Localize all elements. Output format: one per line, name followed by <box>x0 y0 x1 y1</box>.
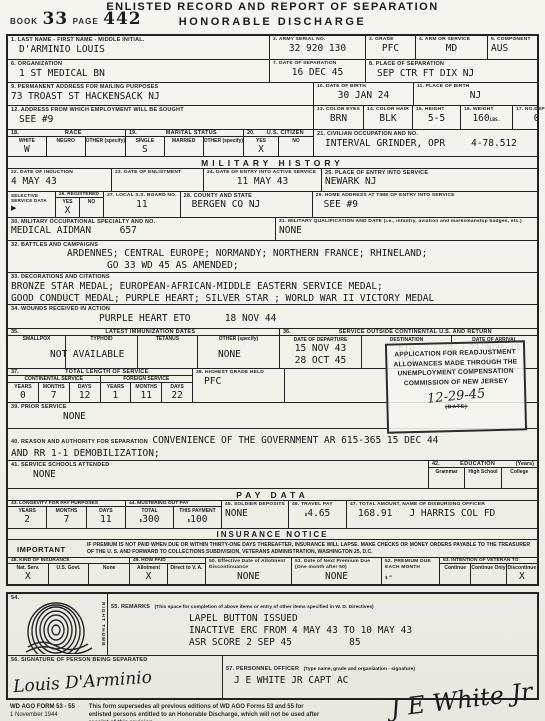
marital-single-value: S <box>126 144 164 156</box>
immunization-grid: SMALLPOX TYPHOID TETANUS OTHER (specify)… <box>8 336 279 368</box>
race-negro-label: NEGRO <box>47 138 85 144</box>
kind-nat-serv: Nat. Serv.X <box>8 564 49 584</box>
paid-direct: Direct to V. A. <box>168 564 205 584</box>
box-37-number: 37. <box>8 369 22 375</box>
intention-options: Continue Continue Only DiscontinueX <box>440 564 537 584</box>
box-52-value-wrap: $- <box>385 571 436 583</box>
row-induction: 22. DATE OF INDUCTION 4 MAY 43 23. DATE … <box>8 169 537 192</box>
row-battles: 32. BATTLES AND CAMPAIGNS ARDENNES; CENT… <box>8 241 537 273</box>
registered-yes-value: X <box>56 205 79 217</box>
box-44-mustering-pay: 44. MUSTERING OUT PAY TOTAL$300 THIS PAY… <box>126 501 222 528</box>
discharge-form-sheet: BOOK 33 PAGE 442 ENLISTED RECORD AND REP… <box>0 0 545 721</box>
box-41-schools: 41. SERVICE SCHOOLS ATTENDED NONE <box>8 461 429 488</box>
box-56-signature: 56. SIGNATURE OF PERSON BEING SEPARATED … <box>8 656 223 698</box>
box-11-value: NJ <box>417 90 534 102</box>
row-remarks: 54. RIGHT THUMB <box>8 594 537 656</box>
box-23-label: 23. DATE OF ENLISTMENT <box>115 170 200 176</box>
box-31-label-wrap: 31. MILITARY QUALIFICATION AND DATE (i.e… <box>279 219 534 225</box>
box-21-number-value: 4-78.512 <box>445 138 517 149</box>
box-42-title: EDUCATION <box>443 461 513 467</box>
registered-yes: YES X <box>56 198 80 217</box>
continental-title: CONTINENTAL SERVICE <box>8 376 100 383</box>
row-selective-service: SELECTIVE SERVICE DATA ▶ 26. REGISTERED … <box>8 192 537 218</box>
box-20-citizen: 20. U.S. CITIZEN YES X NO <box>244 130 314 156</box>
nat-serv-value: X <box>8 571 48 583</box>
separatee-signature: Louis D'Arminio <box>13 662 220 696</box>
longevity-years-value: 2 <box>8 514 46 526</box>
citizen-option-yes: YES X <box>244 137 279 156</box>
box-45-value: NONE <box>225 508 285 520</box>
form-title: ENLISTED RECORD AND REPORT OF SEPARATION <box>0 1 545 13</box>
highschool-label: High School <box>465 469 500 475</box>
box-43-label: 43. LONGEVITY FOR PAY PURPOSES <box>8 501 101 506</box>
selective-service-data-cell: SELECTIVE SERVICE DATA ▶ <box>8 192 56 217</box>
tetanus-label: TETANUS <box>138 336 197 342</box>
box-37-length-service: 37. TOTAL LENGTH OF SERVICE CONTINENTAL … <box>8 369 193 402</box>
box-1-label: 1. LAST NAME - FIRST NAME - MIDDLE INITI… <box>11 37 266 44</box>
citizen-option-no: NO <box>279 137 313 156</box>
box-57-personnel-officer: 57. PERSONNEL OFFICER (Type name, grade … <box>223 656 537 698</box>
typhoid-label: TYPHOID <box>66 336 137 342</box>
box-57-label: 57. PERSONNEL OFFICER <box>226 666 299 672</box>
box-35-number: 35. <box>8 329 22 335</box>
college-label: College <box>502 469 537 475</box>
box-6-organization: 6. ORGANIZATION 1 ST MEDICAL BN <box>8 60 270 82</box>
box-44-label: 44. MUSTERING OUT PAY <box>126 501 192 506</box>
box-17-label: 17. NO.DEPEND. <box>516 107 545 113</box>
foreign-title: FOREIGN SERVICE <box>101 376 193 383</box>
registered-no: NO <box>80 198 103 217</box>
direct-va-label: Direct to V. A. <box>168 565 205 571</box>
intent-continue: Continue <box>440 564 471 584</box>
box-46-value-wrap: $4.65 <box>292 508 343 520</box>
box-7-date-separation: 7. DATE OF SEPARATION 16 DEC 45 <box>270 60 366 82</box>
continental-days-value: 12 <box>70 390 100 402</box>
box-10-value: 30 JAN 24 <box>317 90 410 102</box>
box-53-intention: 53. INTENTION OF VETERAN TO Continue Con… <box>440 558 537 584</box>
longevity-months-value: 7 <box>47 514 85 526</box>
form-number: WD AGO FORM 53 - 55 <box>10 704 75 712</box>
kind-none: None <box>89 564 129 584</box>
box-5-value: AUS <box>491 43 534 55</box>
right-thumb-caption: RIGHT THUMB <box>100 602 105 647</box>
marital-option-married: MARRIED <box>165 137 204 156</box>
race-options: WHITE W NEGRO OTHER (specify) <box>8 137 125 156</box>
box-9-label: 9. PERMANENT ADDRESS FOR MAILING PURPOSE… <box>11 84 310 91</box>
row-insurance-detail: 48. KIND OF INSURANCE Nat. Serv.X U.S. G… <box>8 558 537 584</box>
section-pay-data: PAY DATA <box>8 489 537 501</box>
remarks-line-2: INACTIVE ERC FROM 4 MAY 43 TO 10 MAY 43 <box>111 625 534 637</box>
box-4-value: MD <box>419 43 484 55</box>
box-40-line1-wrap: 40. REASON AND AUTHORITY FOR SEPARATION … <box>11 430 534 448</box>
box-27-label: 27. LOCAL S.S. BOARD NO. <box>107 193 177 199</box>
box-48-label: 48. KIND OF INSURANCE <box>8 558 73 563</box>
box-36-title: SERVICE OUTSIDE CONTINENTAL U.S. AND RET… <box>294 329 537 335</box>
box-28-label: 28. COUNTY AND STATE <box>184 193 309 200</box>
marital-options: SINGLE S MARRIED OTHER (specify) <box>126 137 243 156</box>
box-33-line2: GOOD CONDUCT MEDAL; PURPLE HEART; SILVER… <box>11 293 534 305</box>
row-physical: 12. ADDRESS FROM WHICH EMPLOYMENT WILL B… <box>8 106 537 130</box>
box-21-value-wrap: INTERVAL GRINDER, OPR4-78.512 <box>317 138 534 150</box>
box-40-reason: 40. REASON AND AUTHORITY FOR SEPARATION … <box>8 429 537 460</box>
race-other-label: OTHER (specify) <box>86 138 125 144</box>
box-16-value-wrap: 160LBS. <box>464 113 509 125</box>
box-13-eyes: 13. COLOR EYES BRN <box>314 106 364 129</box>
race-option-negro: NEGRO <box>47 137 86 156</box>
box-2-serial: 2. ARMY SERIAL NO. 32 920 130 <box>270 36 366 59</box>
mustering-payment: THIS PAYMENT$100 <box>174 507 221 528</box>
important-text: IF PREMIUM IS NOT PAID WHEN DUE OR WITHI… <box>83 541 534 557</box>
box-5-component: 5. COMPONENT AUS <box>488 36 537 59</box>
box-28-value: BERGEN CO NJ <box>184 199 309 211</box>
row-specialty: 30. MILITARY OCCUPATIONAL SPECIALTY AND … <box>8 218 537 241</box>
registered-options: YES X NO <box>56 198 103 217</box>
selective-service-title: SELECTIVE SERVICE DATA <box>11 193 52 204</box>
section-military-history: MILITARY HISTORY <box>8 157 537 169</box>
box-16-weight: 16. WEIGHT 160LBS. <box>461 106 513 129</box>
payment-value-wrap: $100 <box>174 514 221 526</box>
intent-continue-only: Continue Only <box>471 564 506 584</box>
us-govt-label: U.S. Govt. <box>49 565 89 571</box>
continental-years-value: 0 <box>8 390 38 402</box>
box-51-next-premium: 51. Date of Next Premium Due (One month … <box>292 558 382 584</box>
box-27-board: 27. LOCAL S.S. BOARD NO. 11 <box>104 192 181 217</box>
box-21-occupation: 21. CIVILIAN OCCUPATION AND NO. INTERVAL… <box>314 130 537 156</box>
box-32-label: 32. BATTLES AND CAMPAIGNS <box>11 242 534 249</box>
form-note: This form supersedes all previous editio… <box>89 704 324 721</box>
box-18-number: 18. <box>8 130 22 136</box>
box-13-label: 13. COLOR EYES <box>317 107 360 113</box>
box-34-wounds: 34. WOUNDS RECEIVED IN ACTION PURPLE HEA… <box>8 305 537 328</box>
departure-2: 28 OCT 45 <box>280 355 361 367</box>
box-6-value: 1 ST MEDICAL BN <box>11 68 266 80</box>
foreign-days-value: 22 <box>162 390 192 402</box>
citizen-yes-value: X <box>244 144 278 156</box>
box-25-value: NEWARK NJ <box>325 176 534 188</box>
citizen-no-label: NO <box>279 138 313 144</box>
remarks-line-1: LAPEL BUTTON ISSUED <box>111 613 534 625</box>
intent-discontinue: DiscontinueX <box>507 564 537 584</box>
row-organization: 6. ORGANIZATION 1 ST MEDICAL BN 7. DATE … <box>8 60 537 83</box>
box-25-label: 25. PLACE OF ENTRY INTO SERVICE <box>325 170 534 177</box>
box-55-label-wrap: 55. REMARKS (This space for completion o… <box>111 595 534 613</box>
race-option-other: OTHER (specify) <box>86 137 125 156</box>
kind-us-govt: U.S. Govt. <box>49 564 90 584</box>
box-25-place-entry: 25. PLACE OF ENTRY INTO SERVICE NEWARK N… <box>322 169 537 191</box>
box-30-specialty: 30. MILITARY OCCUPATIONAL SPECIALTY AND … <box>8 218 276 240</box>
box-48-kind-insurance: 48. KIND OF INSURANCE Nat. Serv.X U.S. G… <box>8 558 130 584</box>
box-42-title-note: (Years) <box>513 461 537 467</box>
continental-cols: YEARS0 MONTHS7 DAYS12 <box>8 383 100 402</box>
box-18-header: 18. RACE <box>8 130 125 137</box>
box-36-header: 36. SERVICE OUTSIDE CONTINENTAL U.S. AND… <box>280 329 537 336</box>
length-service-halves: CONTINENTAL SERVICE YEARS0 MONTHS7 DAYS1… <box>8 376 192 402</box>
box-7-value: 16 DEC 45 <box>273 67 362 79</box>
box-54-thumbprint: 54. RIGHT THUMB <box>8 594 108 655</box>
box-42-header: 42. EDUCATION (Years) <box>429 461 537 468</box>
box-36-number: 36. <box>280 329 294 335</box>
box-3-grade: 3. GRADE PFC <box>366 36 416 59</box>
box-57-label-wrap: 57. PERSONNEL OFFICER (Type name, grade … <box>226 657 534 675</box>
form-number-block: WD AGO FORM 53 - 55 1 November 1944 <box>10 704 75 721</box>
box-8-place-separation: 8. PLACE OF SEPARATION SEP CTR FT DIX NJ <box>366 60 537 82</box>
box-19-number: 19. <box>126 130 140 136</box>
remarks-line-3: ASR SCORE 2 SEP 45 85 <box>111 637 534 649</box>
citizen-options: YES X NO <box>244 137 313 156</box>
box-52-label: 52. PREMIUM DUE EACH MONTH <box>385 559 436 571</box>
continue-label: Continue <box>440 565 470 571</box>
box-10-date-birth: 10. DATE OF BIRTH 30 JAN 24 <box>314 83 414 105</box>
unemployment-stamp: APPLICATION FOR READJUSTMENT ALLOWANCES … <box>385 340 527 433</box>
fingerprint-image <box>22 602 94 654</box>
box-14-label: 14. COLOR HAIR <box>367 107 409 113</box>
box-35-header: 35. LATEST IMMUNIZATION DATES <box>8 329 279 336</box>
total-value-wrap: $300 <box>126 514 173 526</box>
row-signatures: 56. SIGNATURE OF PERSON BEING SEPARATED … <box>8 656 537 698</box>
marital-option-single: SINGLE S <box>126 137 165 156</box>
discontinue-value: X <box>507 571 537 583</box>
how-paid-options: AllotmentX Direct to V. A. <box>130 564 205 584</box>
box-55-note: (This space for completion of above item… <box>155 605 374 610</box>
box-1-value: D'ARMINIO LOUIS <box>11 44 266 56</box>
box-24-value: 11 MAY 43 <box>207 176 318 188</box>
foreign-months-value: 11 <box>131 390 161 402</box>
box-49-how-paid: 49. HOW PAID AllotmentX Direct to V. A. <box>130 558 206 584</box>
box-41-value: NONE <box>11 469 425 481</box>
box-33-line1: BRONZE STAR MEDAL; EUROPEAN-AFRICAN-MIDD… <box>11 281 534 293</box>
box-29-value: SEE #9 <box>316 199 534 211</box>
box-31-label: 31. MILITARY QUALIFICATION AND DATE <box>279 219 382 224</box>
box-4-arm-service: 4. ARM OR SERVICE MD <box>416 36 488 59</box>
box-37-title: TOTAL LENGTH OF SERVICE <box>22 369 192 375</box>
box-29-home-address: 29. HOME ADDRESS AT TIME OF ENTRY INTO S… <box>313 192 537 217</box>
box-38-value: PFC <box>196 376 281 388</box>
box-27-value: 11 <box>107 199 177 211</box>
form-subtitle: HONORABLE DISCHARGE <box>0 16 545 28</box>
col-tetanus: TETANUS <box>138 336 198 368</box>
insurance-kind-options: Nat. Serv.X U.S. Govt. None <box>8 564 129 584</box>
box-55-remarks: 55. REMARKS (This space for completion o… <box>108 594 537 655</box>
education-grammar: Grammar <box>429 468 465 488</box>
box-16-unit: LBS. <box>490 118 501 123</box>
box-41-label: 41. SERVICE SCHOOLS ATTENDED <box>11 462 425 469</box>
box-40-label: 40. REASON AND AUTHORITY FOR SEPARATION <box>11 439 148 445</box>
box-52-value: - <box>388 571 394 582</box>
box-9-mailing-address: 9. PERMANENT ADDRESS FOR MAILING PURPOSE… <box>8 83 314 105</box>
box-14-value: BLK <box>367 113 409 125</box>
box-32-line1: ARDENNES; CENTRAL EUROPE; NORMANDY; NORT… <box>11 248 534 260</box>
immunization-main-value: NOT AVAILABLE <box>50 349 124 361</box>
box-51-label: 51. Date of Next Premium Due (One month … <box>295 559 378 571</box>
box-18-race: 18. RACE WHITE W NEGRO OTHER (specify) <box>8 130 126 156</box>
continental-years: YEARS0 <box>8 383 39 402</box>
box-24-label: 24. DATE OF ENTRY INTO ACTIVE SERVICE <box>207 170 318 176</box>
box-50-value: NONE <box>209 571 288 583</box>
box-24-entry-active: 24. DATE OF ENTRY INTO ACTIVE SERVICE 11… <box>204 169 322 191</box>
box-38-highest-grade: 38. HIGHEST GRADE HELD PFC <box>193 369 285 402</box>
box-51-value: NONE <box>295 571 378 583</box>
continental-days: DAYS12 <box>70 383 100 402</box>
box-50-allotment-discontinuance: 50. Effective Date of Allotment Disconti… <box>206 558 292 584</box>
box-33-decorations: 33. DECORATIONS AND CITATIONS BRONZE STA… <box>8 273 537 304</box>
paid-allotment: AllotmentX <box>130 564 168 584</box>
box-20-title: U.S. CITIZEN <box>258 130 313 136</box>
continental-months: MONTHS7 <box>39 383 70 402</box>
box-2-value: 32 920 130 <box>273 43 362 55</box>
longevity-days: DAYS11 <box>87 507 125 528</box>
row-insurance-important: IMPORTANT IF PREMIUM IS NOT PAID WHEN DU… <box>8 540 537 558</box>
box-12-employment-address: 12. ADDRESS FROM WHICH EMPLOYMENT WILL B… <box>8 106 314 129</box>
box-52-premium-due: 52. PREMIUM DUE EACH MONTH $- <box>382 558 440 584</box>
box-43-longevity: 43. LONGEVITY FOR PAY PURPOSES YEARS2 MO… <box>8 501 126 528</box>
important-label: IMPORTANT <box>11 545 83 554</box>
row-reason-separation: 40. REASON AND AUTHORITY FOR SEPARATION … <box>8 429 537 461</box>
box-35-title: LATEST IMMUNIZATION DATES <box>22 329 279 335</box>
continue-only-label: Continue Only <box>471 565 505 571</box>
education-columns: Grammar High School College <box>429 468 537 488</box>
box-50-label: 50. Effective Date of Allotment Disconti… <box>209 559 288 571</box>
box-31-value: NONE <box>279 225 534 237</box>
box-12-label: 12. ADDRESS FROM WHICH EMPLOYMENT WILL B… <box>11 107 310 114</box>
box-35-immunization: 35. LATEST IMMUNIZATION DATES SMALLPOX T… <box>8 329 280 368</box>
box-1-name: 1. LAST NAME - FIRST NAME - MIDDLE INITI… <box>8 36 270 59</box>
box-26-label: 26. REGISTERED <box>56 192 102 197</box>
box-37-header: 37. TOTAL LENGTH OF SERVICE <box>8 369 192 376</box>
foreign-years-value: 1 <box>101 390 131 402</box>
longevity-columns: YEARS2 MONTHS7 DAYS11 <box>8 507 125 528</box>
row-address: 9. PERMANENT ADDRESS FOR MAILING PURPOSE… <box>8 83 537 106</box>
box-13-value: BRN <box>317 113 360 125</box>
box-42-number: 42. <box>429 461 443 467</box>
col-departure: DATE OF DEPARTURE 15 NOV 43 28 OCT 45 <box>280 336 362 368</box>
form-header: BOOK 33 PAGE 442 ENLISTED RECORD AND REP… <box>0 0 545 34</box>
row-wounds: 34. WOUNDS RECEIVED IN ACTION PURPLE HEA… <box>8 305 537 329</box>
payment-value: 100 <box>190 514 207 525</box>
box-17-value: 0 <box>516 113 545 125</box>
box-40-line1: CONVENIENCE OF THE GOVERNMENT AR 615-365… <box>152 435 438 446</box>
row-race-status: 18. RACE WHITE W NEGRO OTHER (specify) <box>8 130 537 157</box>
foreign-cols: YEARS1 MONTHS11 DAYS22 <box>101 383 193 402</box>
box-8-label: 8. PLACE OF SEPARATION <box>369 61 534 68</box>
row-pay: 43. LONGEVITY FOR PAY PURPOSES YEARS2 MO… <box>8 501 537 529</box>
remarks-signature-box: 54. RIGHT THUMB <box>6 592 539 700</box>
box-31-qualification: 31. MILITARY QUALIFICATION AND DATE (i.e… <box>276 218 537 240</box>
allotment-value: X <box>130 571 167 583</box>
box-53-label: 53. INTENTION OF VETERAN TO <box>440 558 521 563</box>
box-14-hair: 14. COLOR HAIR BLK <box>364 106 413 129</box>
marital-other-label: OTHER (specify) <box>204 138 243 144</box>
box-40-line2: AND RR 1-1 DEMOBILIZATION; <box>11 448 534 460</box>
mustering-columns: TOTAL$300 THIS PAYMENT$100 <box>126 507 221 528</box>
box-19-marital: 19. MARITAL STATUS SINGLE S MARRIED OTHE… <box>126 130 244 156</box>
section-insurance-notice: INSURANCE NOTICE <box>8 529 537 540</box>
none-label: None <box>89 565 129 571</box>
box-31-note: (i.e., infantry, aviation and marksmansh… <box>384 219 522 224</box>
box-32-line2: GO 33 WD 45 AS AMENDED; <box>11 260 534 272</box>
form-date: 1 November 1944 <box>10 712 75 718</box>
continental-months-value: 7 <box>39 390 69 402</box>
foreign-months: MONTHS11 <box>131 383 162 402</box>
marital-married-label: MARRIED <box>165 138 203 144</box>
box-30-value: MEDICAL AIDMAN 657 <box>11 225 272 237</box>
grammar-label: Grammar <box>429 469 464 475</box>
longevity-days-value: 11 <box>87 514 125 526</box>
box-26-registered: 26. REGISTERED YES X NO <box>56 192 104 217</box>
smallpox-label: SMALLPOX <box>8 336 65 342</box>
box-8-value: SEP CTR FT DIX NJ <box>369 68 534 80</box>
box-20-number: 20. <box>244 130 258 136</box>
box-46-value: 4.65 <box>307 508 330 519</box>
registered-no-label: NO <box>80 199 103 205</box>
box-47-value: 168.91 J HARRIS COL FD <box>350 508 534 520</box>
box-47-total-disbursing: 47. TOTAL AMOUNT, NAME OF DISBURSING OFF… <box>347 501 537 528</box>
box-33-label: 33. DECORATIONS AND CITATIONS <box>11 274 534 281</box>
box-42-education: 42. EDUCATION (Years) Grammar High Schoo… <box>429 461 537 488</box>
box-28-county-state: 28. COUNTY AND STATE BERGEN CO NJ <box>181 192 313 217</box>
box-34-label: 34. WOUNDS RECEIVED IN ACTION <box>11 306 534 313</box>
total-value: 300 <box>142 514 159 525</box>
race-option-white: WHITE W <box>8 137 47 156</box>
box-46-travel-pay: 46. TRAVEL PAY $4.65 <box>289 501 347 528</box>
box-18-title: RACE <box>22 130 125 136</box>
box-15-height: 15. HEIGHT 5-5 <box>413 106 461 129</box>
box-15-value: 5-5 <box>416 113 457 125</box>
box-12-value: SEE #9 <box>11 114 310 126</box>
foreign-years: YEARS1 <box>101 383 132 402</box>
box-21-label: 21. CIVILIAN OCCUPATION AND NO. <box>317 131 534 138</box>
box-49-label: 49. HOW PAID <box>130 558 169 563</box>
box-21-value: INTERVAL GRINDER, OPR <box>325 138 445 149</box>
mustering-total: TOTAL$300 <box>126 507 174 528</box>
box-34-value: PURPLE HEART ETO 18 NOV 44 <box>11 313 534 325</box>
continental-service: CONTINENTAL SERVICE YEARS0 MONTHS7 DAYS1… <box>8 376 101 402</box>
main-form-box: 1. LAST NAME - FIRST NAME - MIDDLE INITI… <box>6 34 539 586</box>
row-identity: 1. LAST NAME - FIRST NAME - MIDDLE INITI… <box>8 36 537 60</box>
box-19-header: 19. MARITAL STATUS <box>126 130 243 137</box>
box-54-label: 54. <box>11 595 104 602</box>
box-19-title: MARITAL STATUS <box>140 130 243 136</box>
box-9-value: 73 TROAST ST HACKENSACK NJ <box>11 91 310 103</box>
box-20-header: 20. U.S. CITIZEN <box>244 130 313 137</box>
box-55-label: 55. REMARKS <box>111 604 150 610</box>
box-22-induction: 22. DATE OF INDUCTION 4 MAY 43 <box>8 169 112 191</box>
longevity-months: MONTHS7 <box>47 507 86 528</box>
row-schools-education: 41. SERVICE SCHOOLS ATTENDED NONE 42. ED… <box>8 461 537 489</box>
foreign-days: DAYS22 <box>162 383 192 402</box>
box-17-dependents: 17. NO.DEPEND. 0 <box>513 106 545 129</box>
box-22-value: 4 MAY 43 <box>11 176 108 188</box>
box-23-enlistment: 23. DATE OF ENLISTMENT <box>112 169 204 191</box>
education-college: College <box>502 468 537 488</box>
box-57-note: (Type name, grade and organization - sig… <box>304 667 415 672</box>
departure-1: 15 NOV 43 <box>280 343 361 355</box>
race-white-value: W <box>8 144 46 156</box>
box-56-label: 56. SIGNATURE OF PERSON BEING SEPARATED <box>11 657 219 664</box>
box-3-value: PFC <box>369 43 412 55</box>
immunization-other-value: NONE <box>218 349 241 361</box>
box-11-place-birth: 11. PLACE OF BIRTH NJ <box>414 83 537 105</box>
arrow-icon: ▶ <box>11 204 52 212</box>
insurance-important: IMPORTANT IF PREMIUM IS NOT PAID WHEN DU… <box>8 540 537 557</box>
other-label: OTHER (specify) <box>198 336 279 342</box>
box-16-value: 160 <box>472 113 489 124</box>
box-32-battles: 32. BATTLES AND CAMPAIGNS ARDENNES; CENT… <box>8 241 537 272</box>
education-highschool: High School <box>465 468 501 488</box>
box-6-label: 6. ORGANIZATION <box>11 61 266 68</box>
box-5-label: 5. COMPONENT <box>491 37 534 43</box>
box-45-deposits: 45. SOLDIER DEPOSITS NONE <box>222 501 289 528</box>
foreign-service: FOREIGN SERVICE YEARS1 MONTHS11 DAYS22 <box>101 376 193 402</box>
